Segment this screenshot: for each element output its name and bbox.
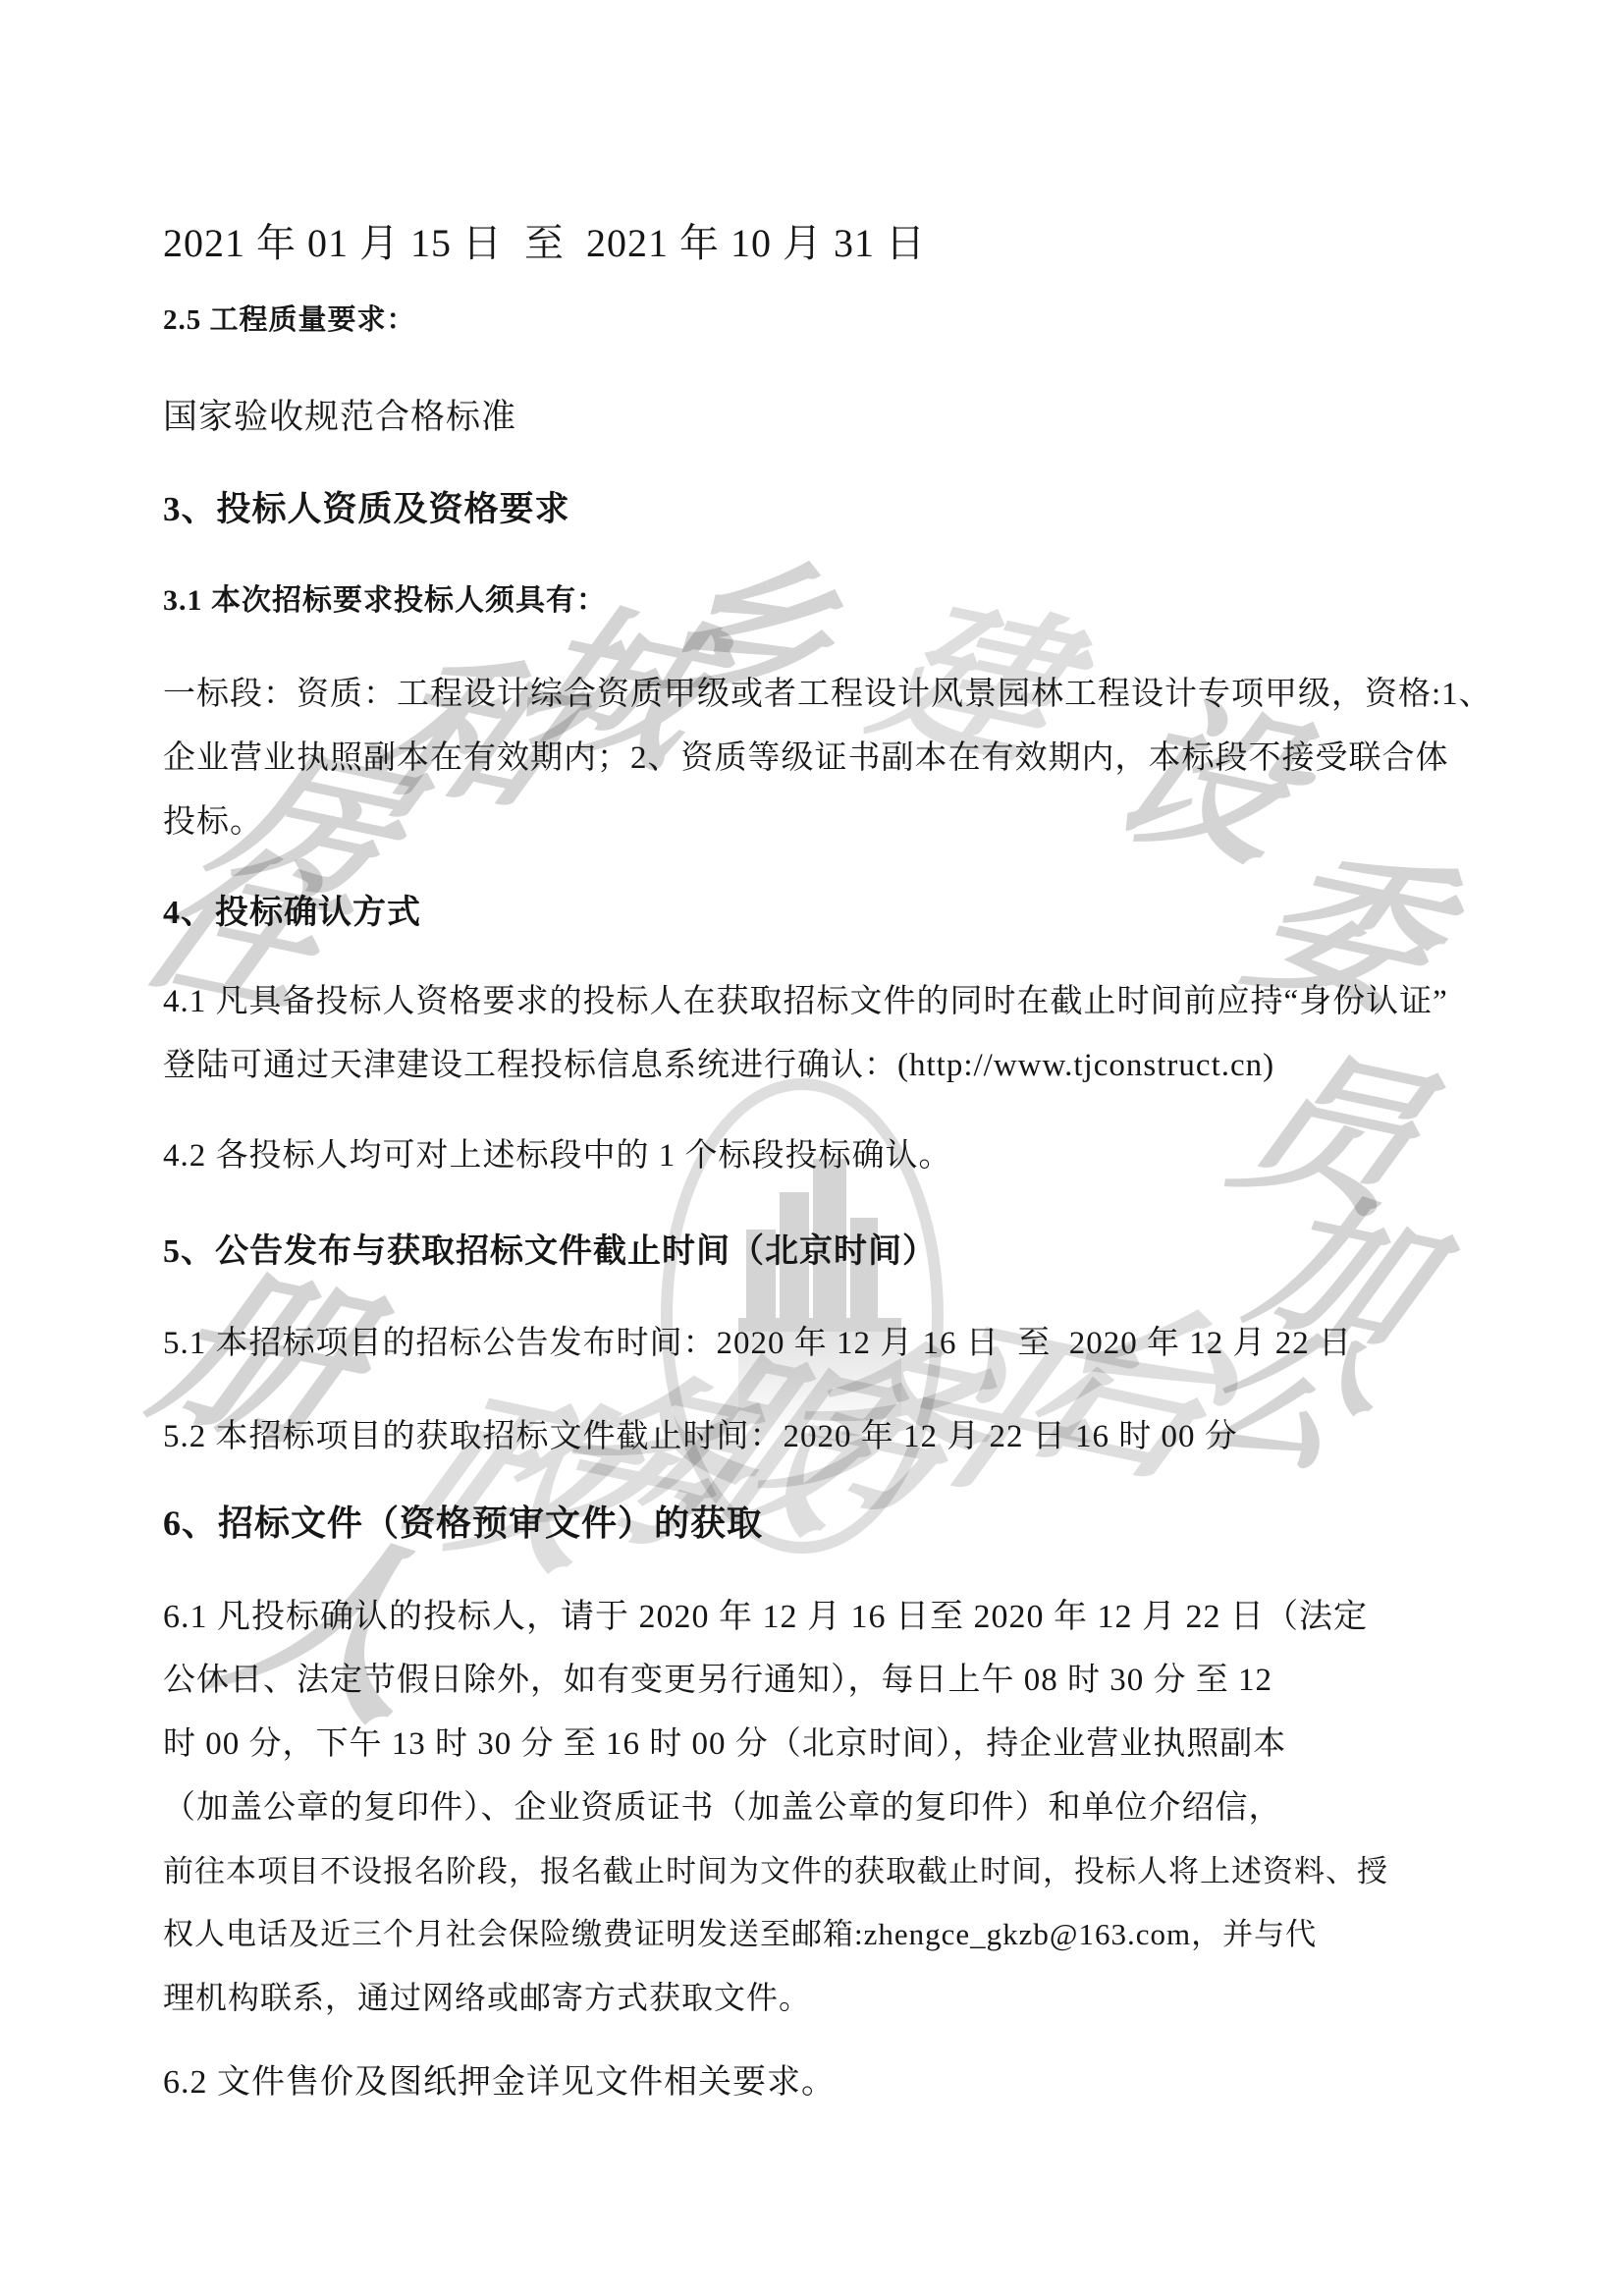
doc-line: 4.2 各投标人均可对上述标段中的 1 个标段投标确认。 xyxy=(163,1129,952,1175)
doc-line: 2.5 工程质量要求： xyxy=(163,298,416,338)
doc-line: （加盖公章的复印件）、企业资质证书（加盖公章的复印件）和单位介绍信， xyxy=(163,1781,1282,1828)
doc-line: 6、招标文件（资格预审文件）的获取 xyxy=(163,1496,763,1546)
document-page: 住房和城乡建设委员加公册人政务服务平台 2021 年 01 月 15 日 至 2… xyxy=(0,0,1623,2296)
doc-line: 4.1 凡具备投标人资格要求的投标人在获取招标文件的同时在截止时间前应持“身份认… xyxy=(163,975,1448,1021)
doc-line: 5.1 本招标项目的招标公告发布时间：2020 年 12 月 16 日 至 20… xyxy=(163,1317,1352,1363)
doc-line: 3、投标人资质及资格要求 xyxy=(163,482,570,531)
doc-line: 国家验收规范合格标准 xyxy=(163,390,516,439)
doc-line: 一标段：资质：工程设计综合资质甲级或者工程设计风景园林工程设计专项甲级，资格:1… xyxy=(163,668,1492,714)
doc-line: 4、投标确认方式 xyxy=(163,885,421,933)
doc-line: 5.2 本招标项目的获取招标文件截止时间：2020 年 12 月 22 日 16… xyxy=(163,1410,1238,1456)
doc-line: 登陆可通过天津建设工程投标信息系统进行确认：(http://www.tjcons… xyxy=(163,1039,1274,1085)
doc-line: 2021 年 01 月 15 日 至 2021 年 10 月 31 日 xyxy=(163,212,926,268)
doc-line: 5、公告发布与获取招标文件截止时间（北京时间） xyxy=(163,1224,937,1272)
doc-line: 投标。 xyxy=(163,795,263,842)
doc-line: 6.2 文件售价及图纸押金详见文件相关要求。 xyxy=(163,2054,836,2103)
doc-line: 前往本项目不设报名阶段，报名截止时间为文件的获取截止时间，投标人将上述资料、授 xyxy=(163,1846,1388,1890)
doc-line: 理机构联系，通过网络或邮寄方式获取文件。 xyxy=(163,1973,811,2018)
doc-line: 6.1 凡投标确认的投标人，请于 2020 年 12 月 16 日至 2020 … xyxy=(163,1589,1368,1637)
watermark-arc-char: 设 xyxy=(1085,694,1356,877)
doc-line: 权人电话及近三个月社会保险缴费证明发送至邮箱:zhengce_gkzb@163.… xyxy=(163,1909,1317,1953)
doc-line: 时 00 分，下午 13 时 30 分 至 16 时 00 分（北京时间），持企… xyxy=(163,1718,1286,1764)
doc-line: 3.1 本次招标要求投标人须具有： xyxy=(163,575,607,619)
doc-line: 公休日、法定节假日除外，如有变更另行通知），每日上午 08 时 30 分 至 1… xyxy=(163,1654,1272,1700)
doc-line: 企业营业执照副本在有效期内；2、资质等级证书副本在有效期内，本标段不接受联合体 xyxy=(163,732,1449,778)
